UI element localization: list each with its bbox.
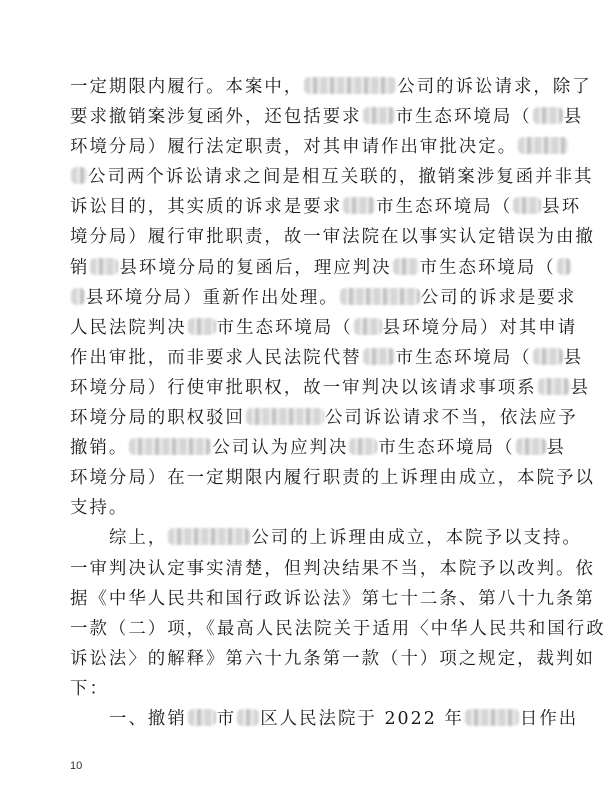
text-segment: 下：	[70, 679, 109, 699]
redacted-county-name	[533, 107, 563, 124]
document-page: 一定期限内履行。本案中，公司的诉讼请求，除了 要求撤销案涉复函外，还包括要求市生…	[0, 0, 606, 790]
redacted-company-name	[129, 438, 211, 455]
redacted-company-name	[304, 77, 396, 94]
redacted-city-name	[349, 438, 377, 455]
text-segment: 境分局）履行审批职责，故一审法院在以事实认定错误为由撤	[70, 227, 595, 247]
text-segment: 一定期限内履行。本案中，	[70, 77, 303, 97]
text-segment: 诉讼法〉的解释》第六十九条第一款（十）项之规定，裁判如	[70, 649, 595, 669]
text-segment: 环境分局）在一定期限内履行职责的上诉理由成立，本院予以	[70, 468, 595, 488]
redacted-company-name	[246, 408, 324, 425]
text-segment: 公司认为应判决	[212, 438, 348, 458]
text-segment: 公司的上诉理由成立，本院予以支持。	[251, 528, 582, 548]
redacted-city-name	[363, 107, 395, 124]
text-segment: 区人民法院于 2022 年	[260, 709, 464, 729]
text-line-10: 作出审批，而非要求人民法院代替市生态环境局（县	[70, 343, 540, 373]
text-segment: 县	[564, 107, 583, 127]
text-segment: 综上，	[109, 528, 167, 548]
text-line-7: 销县环境分局的复函后，理应判决市生态环境局（	[70, 253, 540, 283]
text-line-1: 一定期限内履行。本案中，公司的诉讼请求，除了	[70, 72, 540, 102]
redacted-company-name	[340, 288, 420, 305]
text-segment: 市生态环境局（	[378, 438, 514, 458]
text-segment: 据《中华人民共和国行政诉讼法》第七十二条、第八十九条第	[70, 589, 595, 609]
text-segment: 环境分局）履行法定职责，对其申请作出审批决定。	[70, 137, 517, 157]
text-line-12: 环境分局的职权驳回公司诉讼请求不当，依法应予	[70, 403, 540, 433]
text-segment: 作出审批，而非要求人民法院代替	[70, 348, 362, 368]
redacted-city-name	[393, 258, 419, 275]
text-segment: 一审判决认定事实清楚，但判决结果不当，本院予以改判。依	[70, 559, 595, 579]
text-segment: 一款（二）项，《最高人民法院关于适用〈中华人民共和国行政	[70, 619, 606, 639]
text-segment: 县	[564, 348, 583, 368]
text-line-6: 境分局）履行审批职责，故一审法院在以事实认定错误为由撤	[70, 222, 540, 252]
redacted-city-name	[188, 709, 216, 726]
redacted-company-name	[71, 167, 87, 184]
text-segment: 撤销。	[70, 438, 128, 458]
text-segment: 市生态环境局（	[376, 197, 512, 217]
text-segment: 销	[70, 258, 89, 278]
text-line-15: 支持。	[70, 493, 540, 523]
text-segment: 要求撤销案涉复函外，还包括要求	[70, 107, 362, 127]
text-segment: 县	[547, 438, 566, 458]
redacted-county-name	[71, 288, 85, 305]
text-line-2: 要求撤销案涉复函外，还包括要求市生态环境局（县	[70, 102, 540, 132]
redacted-county-name	[513, 197, 541, 214]
redacted-county-name	[533, 348, 563, 365]
text-segment: 市生态环境局（	[420, 258, 556, 278]
redacted-county-name	[354, 318, 382, 335]
text-segment: 一、撤销	[109, 709, 187, 729]
text-segment: 县环境分局）重新作出处理。	[86, 288, 339, 308]
redacted-company-name	[168, 528, 250, 545]
text-segment: 市生态环境局（	[396, 348, 532, 368]
text-line-4: 公司两个诉讼请求之间是相互关联的，撤销案涉复函并非其	[70, 162, 540, 192]
redacted-city-name	[188, 318, 216, 335]
text-line-14: 环境分局）在一定期限内履行职责的上诉理由成立，本院予以	[70, 463, 540, 493]
redacted-county-name	[557, 258, 571, 275]
text-line-21: 下：	[70, 674, 540, 704]
text-segment: 公司的诉求是要求	[421, 288, 577, 308]
redacted-county-name	[516, 438, 546, 455]
text-line-3: 环境分局）履行法定职责，对其申请作出审批决定。	[70, 132, 540, 162]
redacted-date	[465, 709, 519, 726]
text-segment: 县	[571, 378, 590, 398]
text-segment: 公司诉讼请求不当，依法应予	[325, 408, 578, 428]
text-segment: 公司的诉讼请求，除了	[397, 77, 591, 97]
text-line-20: 诉讼法〉的解释》第六十九条第一款（十）项之规定，裁判如	[70, 644, 540, 674]
text-segment: 人民法院判决	[70, 318, 187, 338]
text-segment: 市生态环境局（	[217, 318, 353, 338]
page-number: 10	[70, 760, 82, 772]
redacted-county-name	[538, 378, 570, 395]
text-segment: 日作出	[520, 709, 578, 729]
text-line-9: 人民法院判决市生态环境局（县环境分局）对其申请	[70, 313, 540, 343]
text-line-16: 综上，公司的上诉理由成立，本院予以支持。	[70, 523, 540, 553]
text-segment: 支持。	[70, 498, 128, 518]
text-line-5: 诉讼目的，其实质的诉求是要求市生态环境局（县环	[70, 192, 540, 222]
judgment-body-text: 一定期限内履行。本案中，公司的诉讼请求，除了 要求撤销案涉复函外，还包括要求市生…	[70, 72, 540, 734]
text-segment: 诉讼目的，其实质的诉求是要求	[70, 197, 342, 217]
text-line-19: 一款（二）项，《最高人民法院关于适用〈中华人民共和国行政	[70, 614, 540, 644]
text-segment: 市	[217, 709, 236, 729]
text-segment: 县环	[542, 197, 581, 217]
text-segment: 市生态环境局（	[396, 107, 532, 127]
redacted-company-name	[518, 137, 568, 154]
text-segment: 环境分局）行使审批职权，故一审判决以该请求事项系	[70, 378, 537, 398]
redacted-city-name	[363, 348, 395, 365]
text-line-13: 撤销。公司认为应判决市生态环境局（县	[70, 433, 540, 463]
text-segment: 县环境分局的复函后，理应判决	[119, 258, 391, 278]
text-line-22: 一、撤销市区人民法院于 2022 年日作出	[70, 704, 540, 734]
text-segment: 环境分局的职权驳回	[70, 408, 245, 428]
text-segment: 公司两个诉讼请求之间是相互关联的，撤销案涉复函并非其	[88, 167, 593, 187]
text-line-17: 一审判决认定事实清楚，但判决结果不当，本院予以改判。依	[70, 554, 540, 584]
text-line-18: 据《中华人民共和国行政诉讼法》第七十二条、第八十九条第	[70, 584, 540, 614]
redacted-city-name	[343, 197, 375, 214]
text-line-8: 县环境分局）重新作出处理。公司的诉求是要求	[70, 283, 540, 313]
redacted-district-name	[237, 709, 259, 726]
redacted-county-name	[90, 258, 118, 275]
text-line-11: 环境分局）行使审批职权，故一审判决以该请求事项系县	[70, 373, 540, 403]
text-segment: 县环境分局）对其申请	[383, 318, 577, 338]
